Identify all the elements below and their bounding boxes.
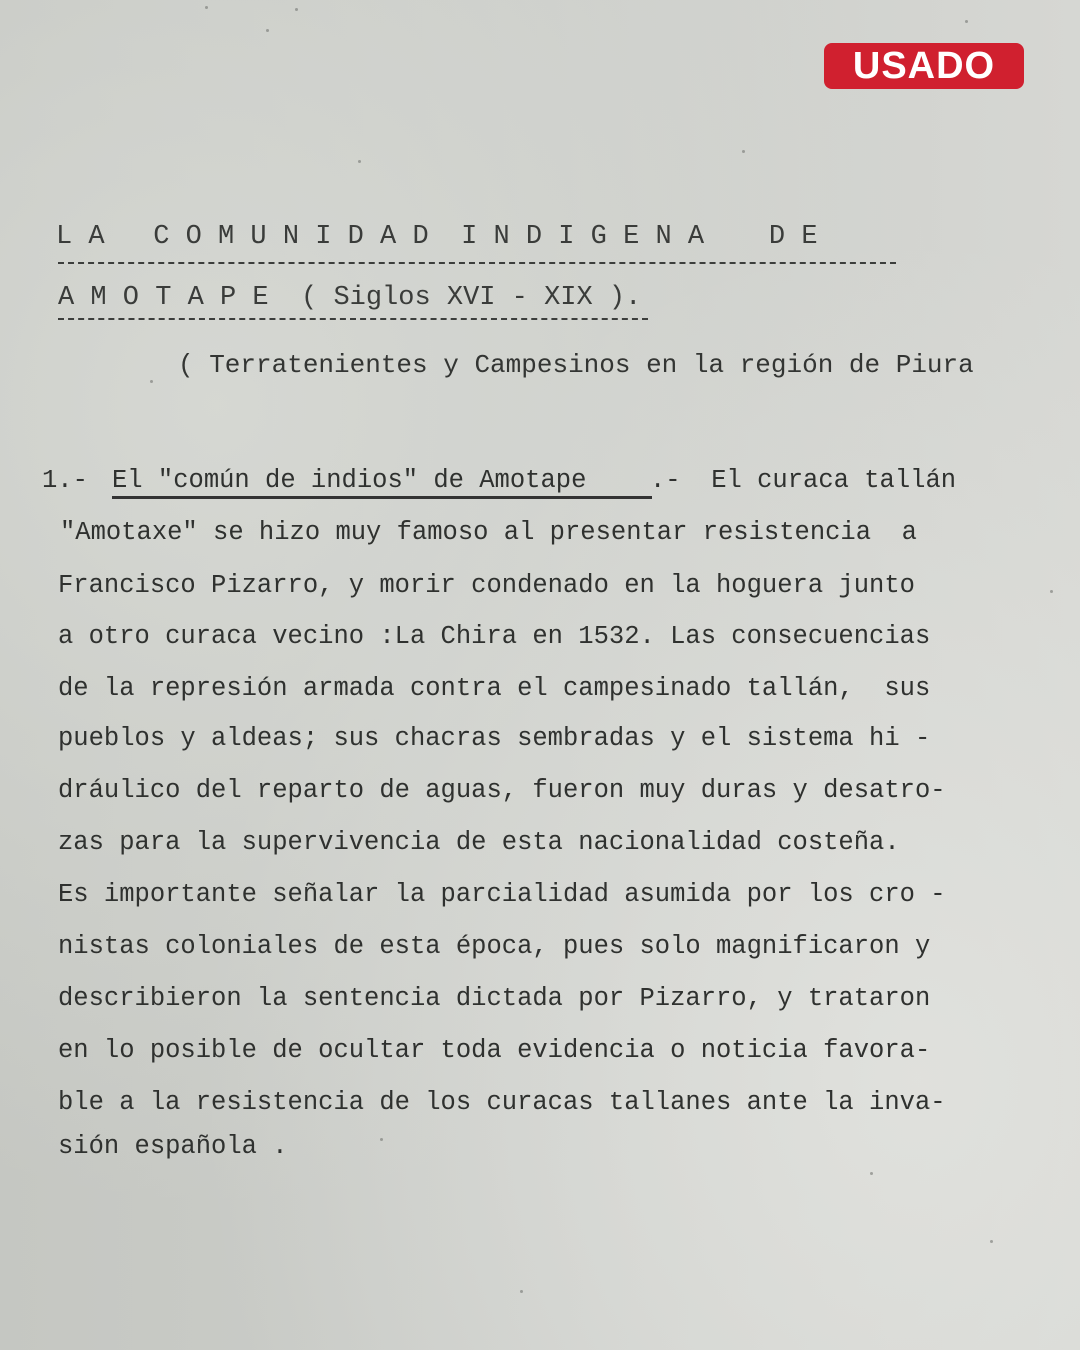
paper-speck <box>1050 590 1053 593</box>
paper-speck <box>295 8 298 11</box>
paper-speck <box>870 1172 873 1175</box>
used-condition-badge: USADO <box>824 43 1024 89</box>
paper-speck <box>380 1138 383 1141</box>
paragraph-line: nistas coloniales de esta época, pues so… <box>58 932 930 961</box>
title-underline-2 <box>58 318 648 320</box>
section-heading-suffix: .- El curaca tallán <box>650 466 956 495</box>
paper-speck <box>990 1240 993 1243</box>
paragraph-line: zas para la supervivencia de esta nacion… <box>58 828 900 857</box>
paragraph-line: en lo posible de ocultar toda evidencia … <box>58 1036 930 1065</box>
paragraph-line: ble a la resistencia de los curacas tall… <box>58 1088 946 1117</box>
paper-speck <box>358 160 361 163</box>
paper-speck <box>150 380 153 383</box>
section-heading-underline <box>112 496 652 499</box>
document-subtitle: ( Terratenientes y Campesinos en la regi… <box>178 350 974 380</box>
paragraph-line: dráulico del reparto de aguas, fueron mu… <box>58 776 946 805</box>
document-title-line-2: A M O T A P E ( Siglos XVI - XIX ). <box>58 283 641 313</box>
paragraph-line: pueblos y aldeas; sus chacras sembradas … <box>58 724 930 753</box>
section-heading: El "común de indios" de Amotape <box>112 466 586 495</box>
paragraph-line: de la represión armada contra el campesi… <box>58 674 930 703</box>
section-number: 1.- <box>42 466 88 495</box>
paragraph-line: sión española . <box>58 1132 288 1161</box>
paper-speck <box>205 6 208 9</box>
paper-speck <box>742 150 745 153</box>
paragraph-line: Es importante señalar la parcialidad asu… <box>58 880 946 909</box>
title-underline-1 <box>58 262 896 264</box>
paper-speck <box>266 29 269 32</box>
paper-speck <box>520 1290 523 1293</box>
paper-speck <box>965 20 968 23</box>
paragraph-line: Francisco Pizarro, y morir condenado en … <box>58 571 915 600</box>
paragraph-line: describieron la sentencia dictada por Pi… <box>58 984 930 1013</box>
paragraph-line: a otro curaca vecino :La Chira en 1532. … <box>58 622 930 651</box>
paragraph-line: "Amotaxe" se hizo muy famoso al presenta… <box>60 518 917 547</box>
document-title-line-1: L A C O M U N I D A D I N D I G E N A D … <box>56 222 818 252</box>
